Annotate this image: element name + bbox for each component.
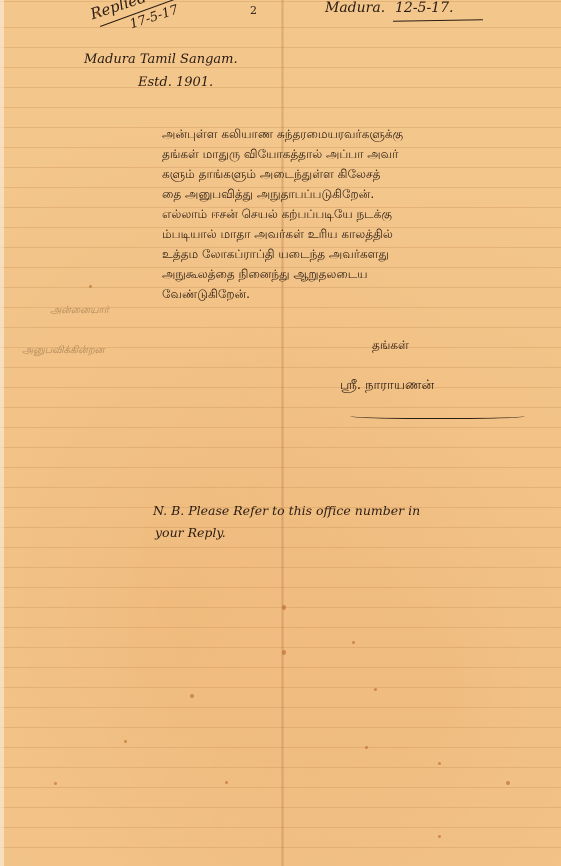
postscript-line-2: your Reply.	[155, 525, 226, 540]
valediction: தங்கள்	[372, 338, 409, 354]
foxing-spot	[282, 605, 286, 610]
body-line: தங்கள் மாதுரு வியோகத்தால் அப்பா அவர்	[162, 144, 542, 164]
foxing-spot	[96, 12, 99, 15]
bleed-through-text: அன்னையார்	[50, 305, 109, 317]
foxing-spot	[438, 835, 441, 838]
body-line: வேண்டுகிறேன்.	[162, 284, 542, 304]
signature-underline	[350, 412, 525, 419]
foxing-spot	[365, 746, 368, 749]
body-line: ம்படியால் மாதா அவர்கள் உரிய காலத்தில்	[162, 224, 542, 244]
foxing-spot	[124, 740, 127, 743]
established-year: Estd. 1901.	[138, 75, 213, 90]
foxing-spot	[190, 694, 194, 698]
body-line: அன்புள்ள கலியாண சுந்தரமையரவர்களுக்கு	[162, 124, 542, 144]
postscript-line-1: N. B. Please Refer to this office number…	[153, 503, 420, 518]
letter-body: அன்புள்ள கலியாண சுந்தரமையரவர்களுக்கு தங்…	[162, 124, 542, 304]
bleed-through-text: அனுபவிக்கின்றன	[22, 345, 104, 357]
foxing-spot	[438, 762, 441, 765]
foxing-spot	[352, 641, 355, 644]
foxing-spot	[506, 781, 510, 785]
body-line: களும் தாங்களும் அடைந்துள்ள கிலேசத்	[162, 164, 542, 184]
body-line: தை அனுபவித்து அநுதாபப்படுகிறேன்.	[162, 184, 542, 204]
letter-place: Madura.	[325, 0, 385, 16]
foxing-spot	[89, 285, 92, 288]
organization-name: Madura Tamil Sangam.	[84, 52, 238, 67]
paper-edge	[0, 0, 4, 866]
body-line: அநுகூலத்தை நினைந்து ஆறுதலடைய	[162, 264, 542, 284]
signature: ஸ்ரீ. நாராயணன்	[340, 378, 434, 394]
body-line: உத்தம லோகப்ராப்தி யடைந்த அவர்களது	[162, 244, 542, 264]
letter-page: Replied 17-5-17 2 Madura. 12-5-17. Madur…	[0, 0, 561, 866]
page-number: 2	[250, 4, 257, 17]
foxing-spot	[54, 782, 57, 785]
letter-date: 12-5-17.	[395, 0, 453, 16]
foxing-spot	[225, 781, 228, 784]
date-underline	[393, 19, 483, 22]
body-line: எல்லாம் ஈசன் செயல் கற்பப்படியே நடக்கு	[162, 204, 542, 224]
foxing-spot	[374, 688, 377, 691]
foxing-spot	[282, 650, 286, 655]
